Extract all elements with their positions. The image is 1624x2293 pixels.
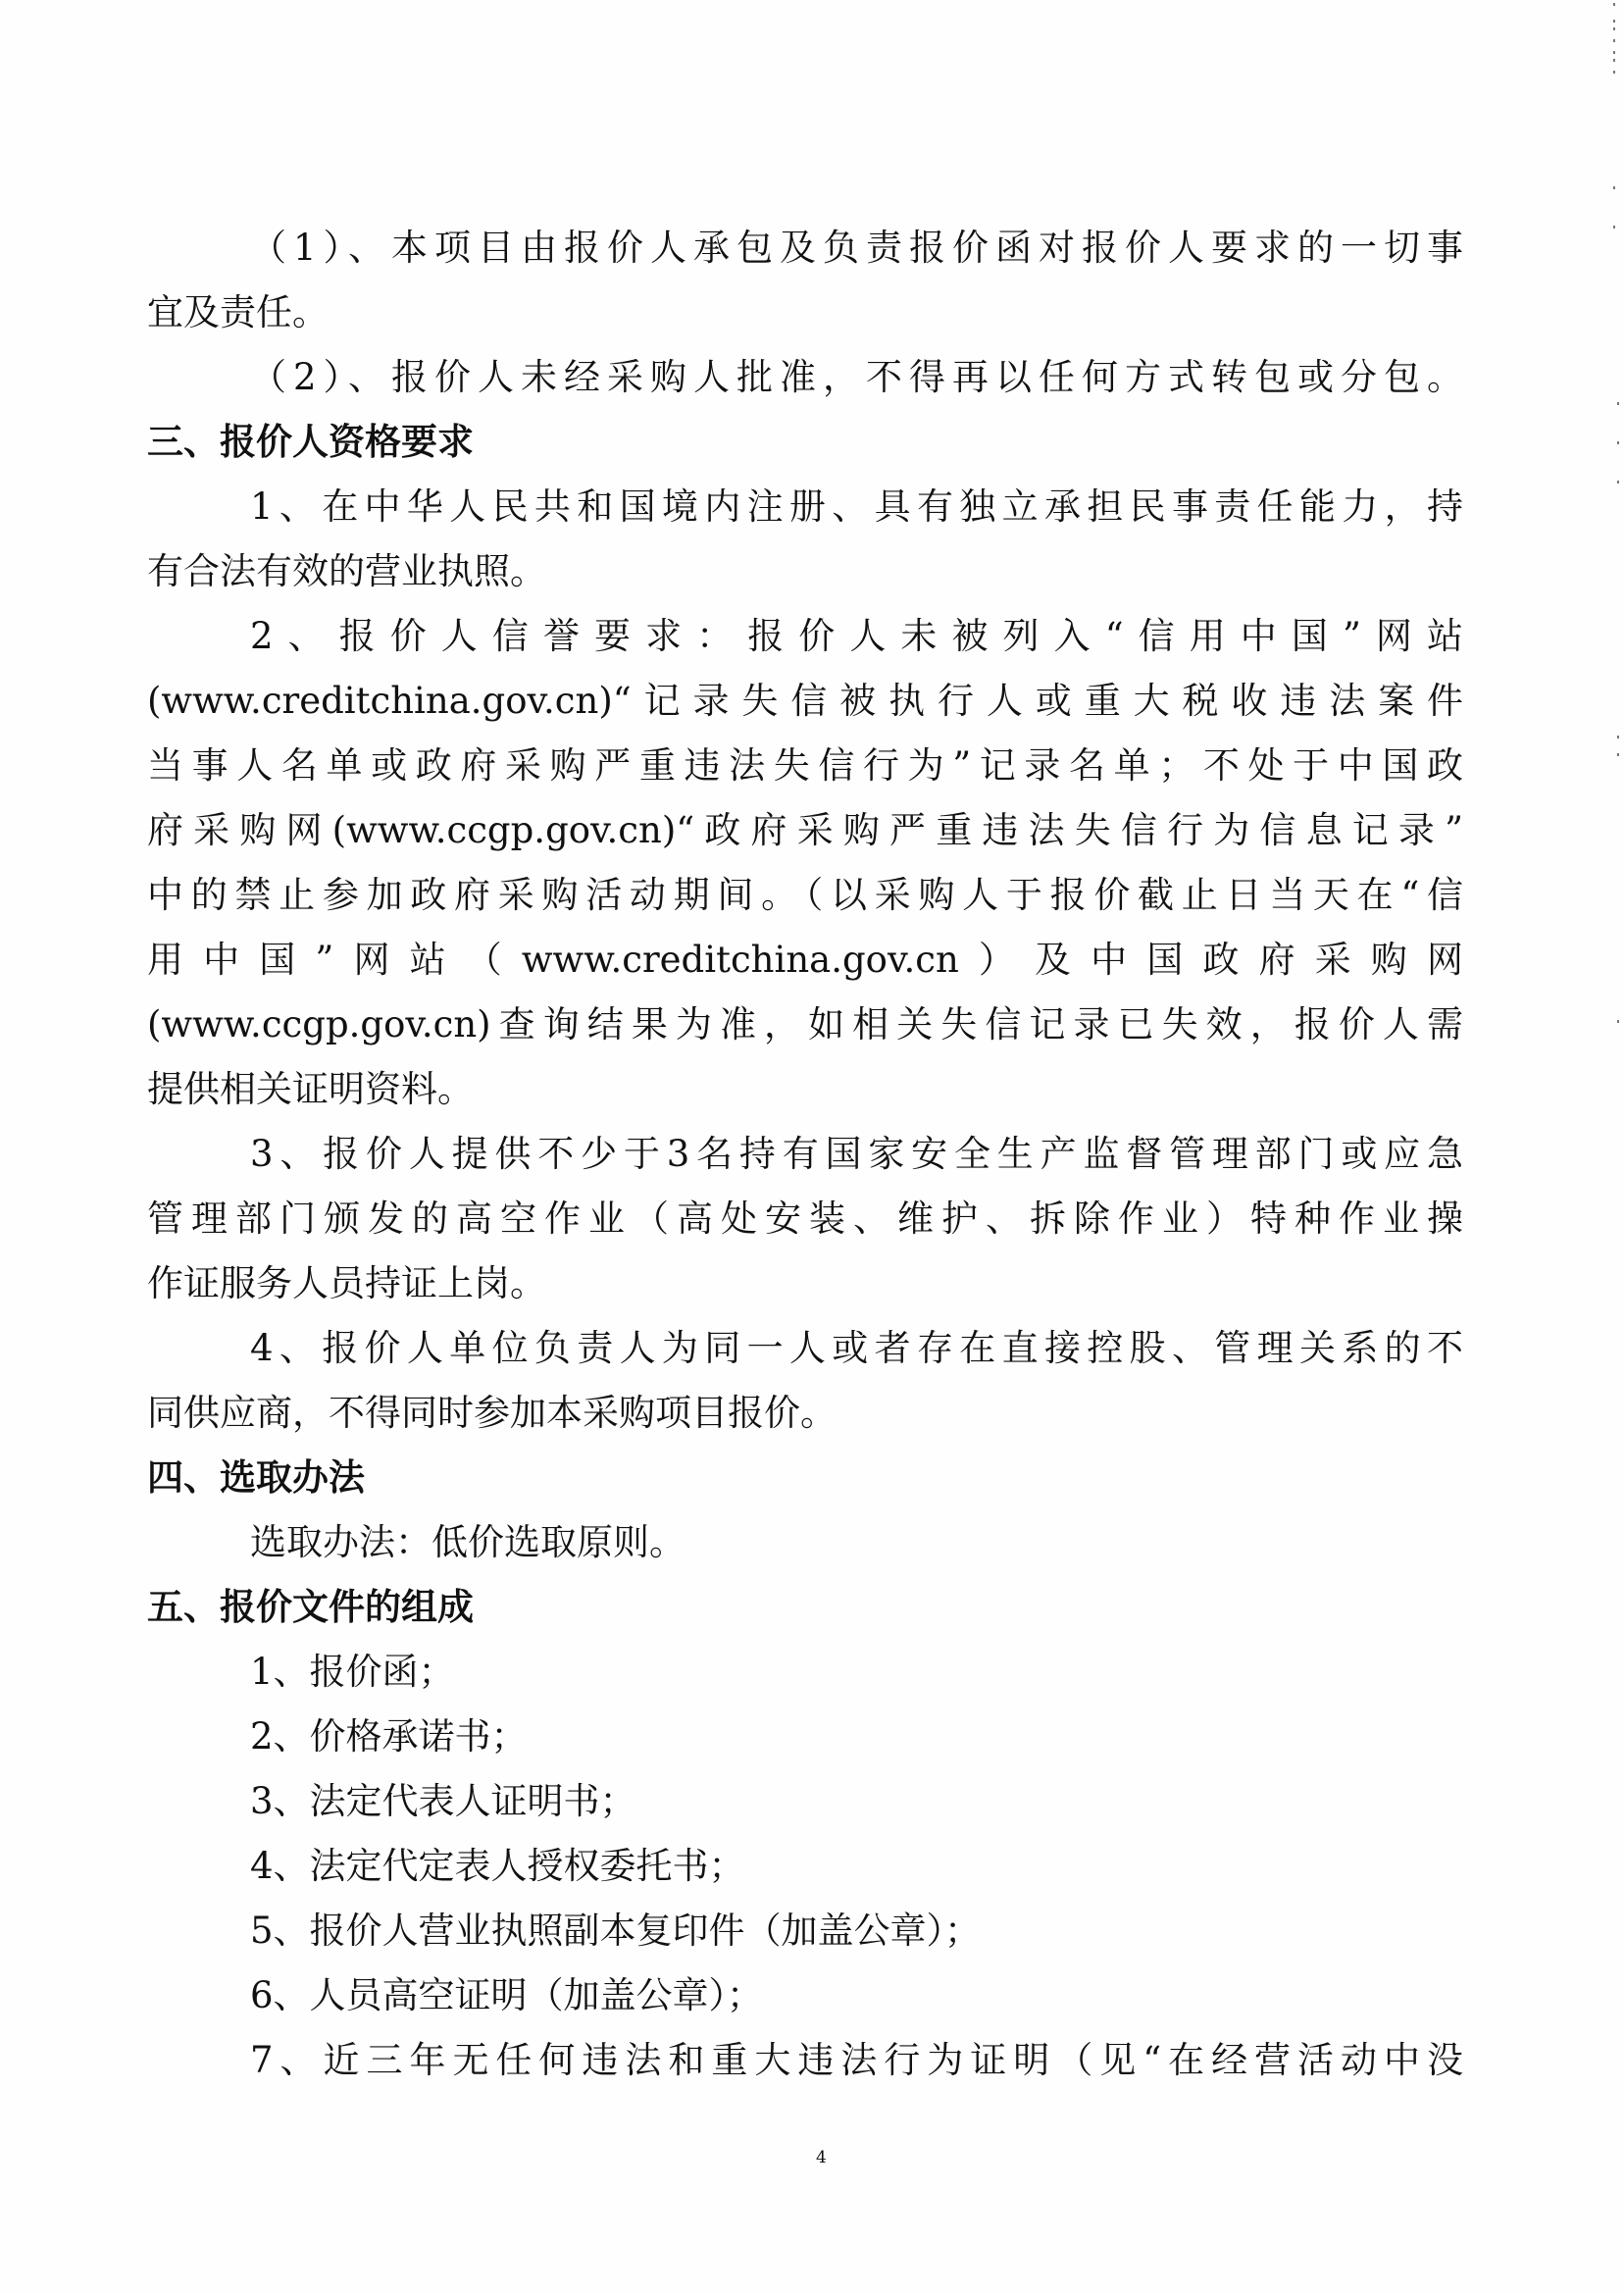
list-item: 6、人员高空证明（加盖公章）； [250, 1968, 763, 2023]
scan-noise [1617, 441, 1619, 444]
list-item: 7、近三年无任何违法和重大违法行为证明（见“在经营活动中没 [250, 2033, 1463, 2088]
text-line: (www.ccgp.gov.cn)查询结果为准，如相关失信记录已失效，报价人需 [147, 997, 1463, 1052]
scan-noise [1613, 51, 1615, 54]
section-heading: 四、选取办法 [147, 1451, 365, 1505]
scan-noise [1613, 39, 1615, 42]
scan-noise [1613, 186, 1615, 189]
text-line: 有合法有效的营业执照。 [147, 544, 546, 599]
text-line: 1、在中华人民共和国境内注册、具有独立承担民事责任能力，持 [250, 480, 1463, 535]
scan-noise [1617, 736, 1619, 739]
text-line: 同供应商，不得同时参加本采购项目报价。 [147, 1386, 837, 1441]
scan-noise [1613, 71, 1615, 74]
text-line: （1）、本项目由报价人承包及负责报价函对报价人要求的一切事 [250, 221, 1463, 276]
scan-noise [1617, 1020, 1619, 1023]
scan-noise [1617, 481, 1619, 484]
list-item: 4、法定代定表人授权委托书； [250, 1839, 745, 1894]
scan-noise [1617, 402, 1619, 405]
text-line: 当事人名单或政府采购严重违法失信行为”记录名单；不处于中国政 [147, 739, 1463, 793]
scan-noise [1613, 59, 1615, 62]
scan-noise [1613, 27, 1615, 30]
scan-noise [1613, 3, 1615, 6]
text-line: 中的禁止参加政府采购活动期间。（以采购人于报价截止日当天在“信 [147, 868, 1463, 923]
list-item: 2、价格承诺书； [250, 1709, 528, 1764]
text-line: 管理部门颁发的高空作业（高处安装、维护、拆除作业）特种作业操 [147, 1192, 1463, 1247]
text-line: 3、报价人提供不少于3名持有国家安全生产监督管理部门或应急 [250, 1127, 1463, 1182]
text-line: 用中国”网站（www.creditchina.gov.cn）及中国政府采购网 [147, 933, 1463, 988]
text-line: 选取办法：低价选取原则。 [250, 1515, 685, 1570]
section-heading: 五、报价文件的组成 [147, 1580, 474, 1635]
text-line: 宜及责任。 [147, 285, 329, 340]
document-page: （1）、本项目由报价人承包及负责报价函对报价人要求的一切事 宜及责任。 （2）、… [0, 0, 1624, 2293]
section-heading: 三、报价人资格要求 [147, 415, 474, 470]
text-line: 2、报价人信誉要求：报价人未被列入“信用中国”网站 [250, 609, 1463, 664]
text-line: 府采购网(www.ccgp.gov.cn)“政府采购严重违法失信行为信息记录” [147, 803, 1463, 858]
page-number: 4 [816, 2148, 827, 2167]
scan-noise [1613, 20, 1615, 23]
list-item: 3、法定代表人证明书； [250, 1774, 636, 1829]
text-line: 作证服务人员持证上岗。 [147, 1256, 546, 1311]
text-line: 4、报价人单位负责人为同一人或者存在直接控股、管理关系的不 [250, 1321, 1463, 1376]
text-line: 提供相关证明资料。 [147, 1062, 474, 1117]
text-line: (www.creditchina.gov.cn)“记录失信被执行人或重大税收违法… [147, 674, 1463, 729]
list-item: 1、报价函； [250, 1645, 455, 1700]
scan-noise [1617, 753, 1619, 756]
list-item: 5、报价人营业执照副本复印件（加盖公章）； [250, 1904, 981, 1959]
text-line: （2）、报价人未经采购人批准，不得再以任何方式转包或分包。 [250, 350, 1463, 405]
scan-noise [1613, 226, 1615, 229]
